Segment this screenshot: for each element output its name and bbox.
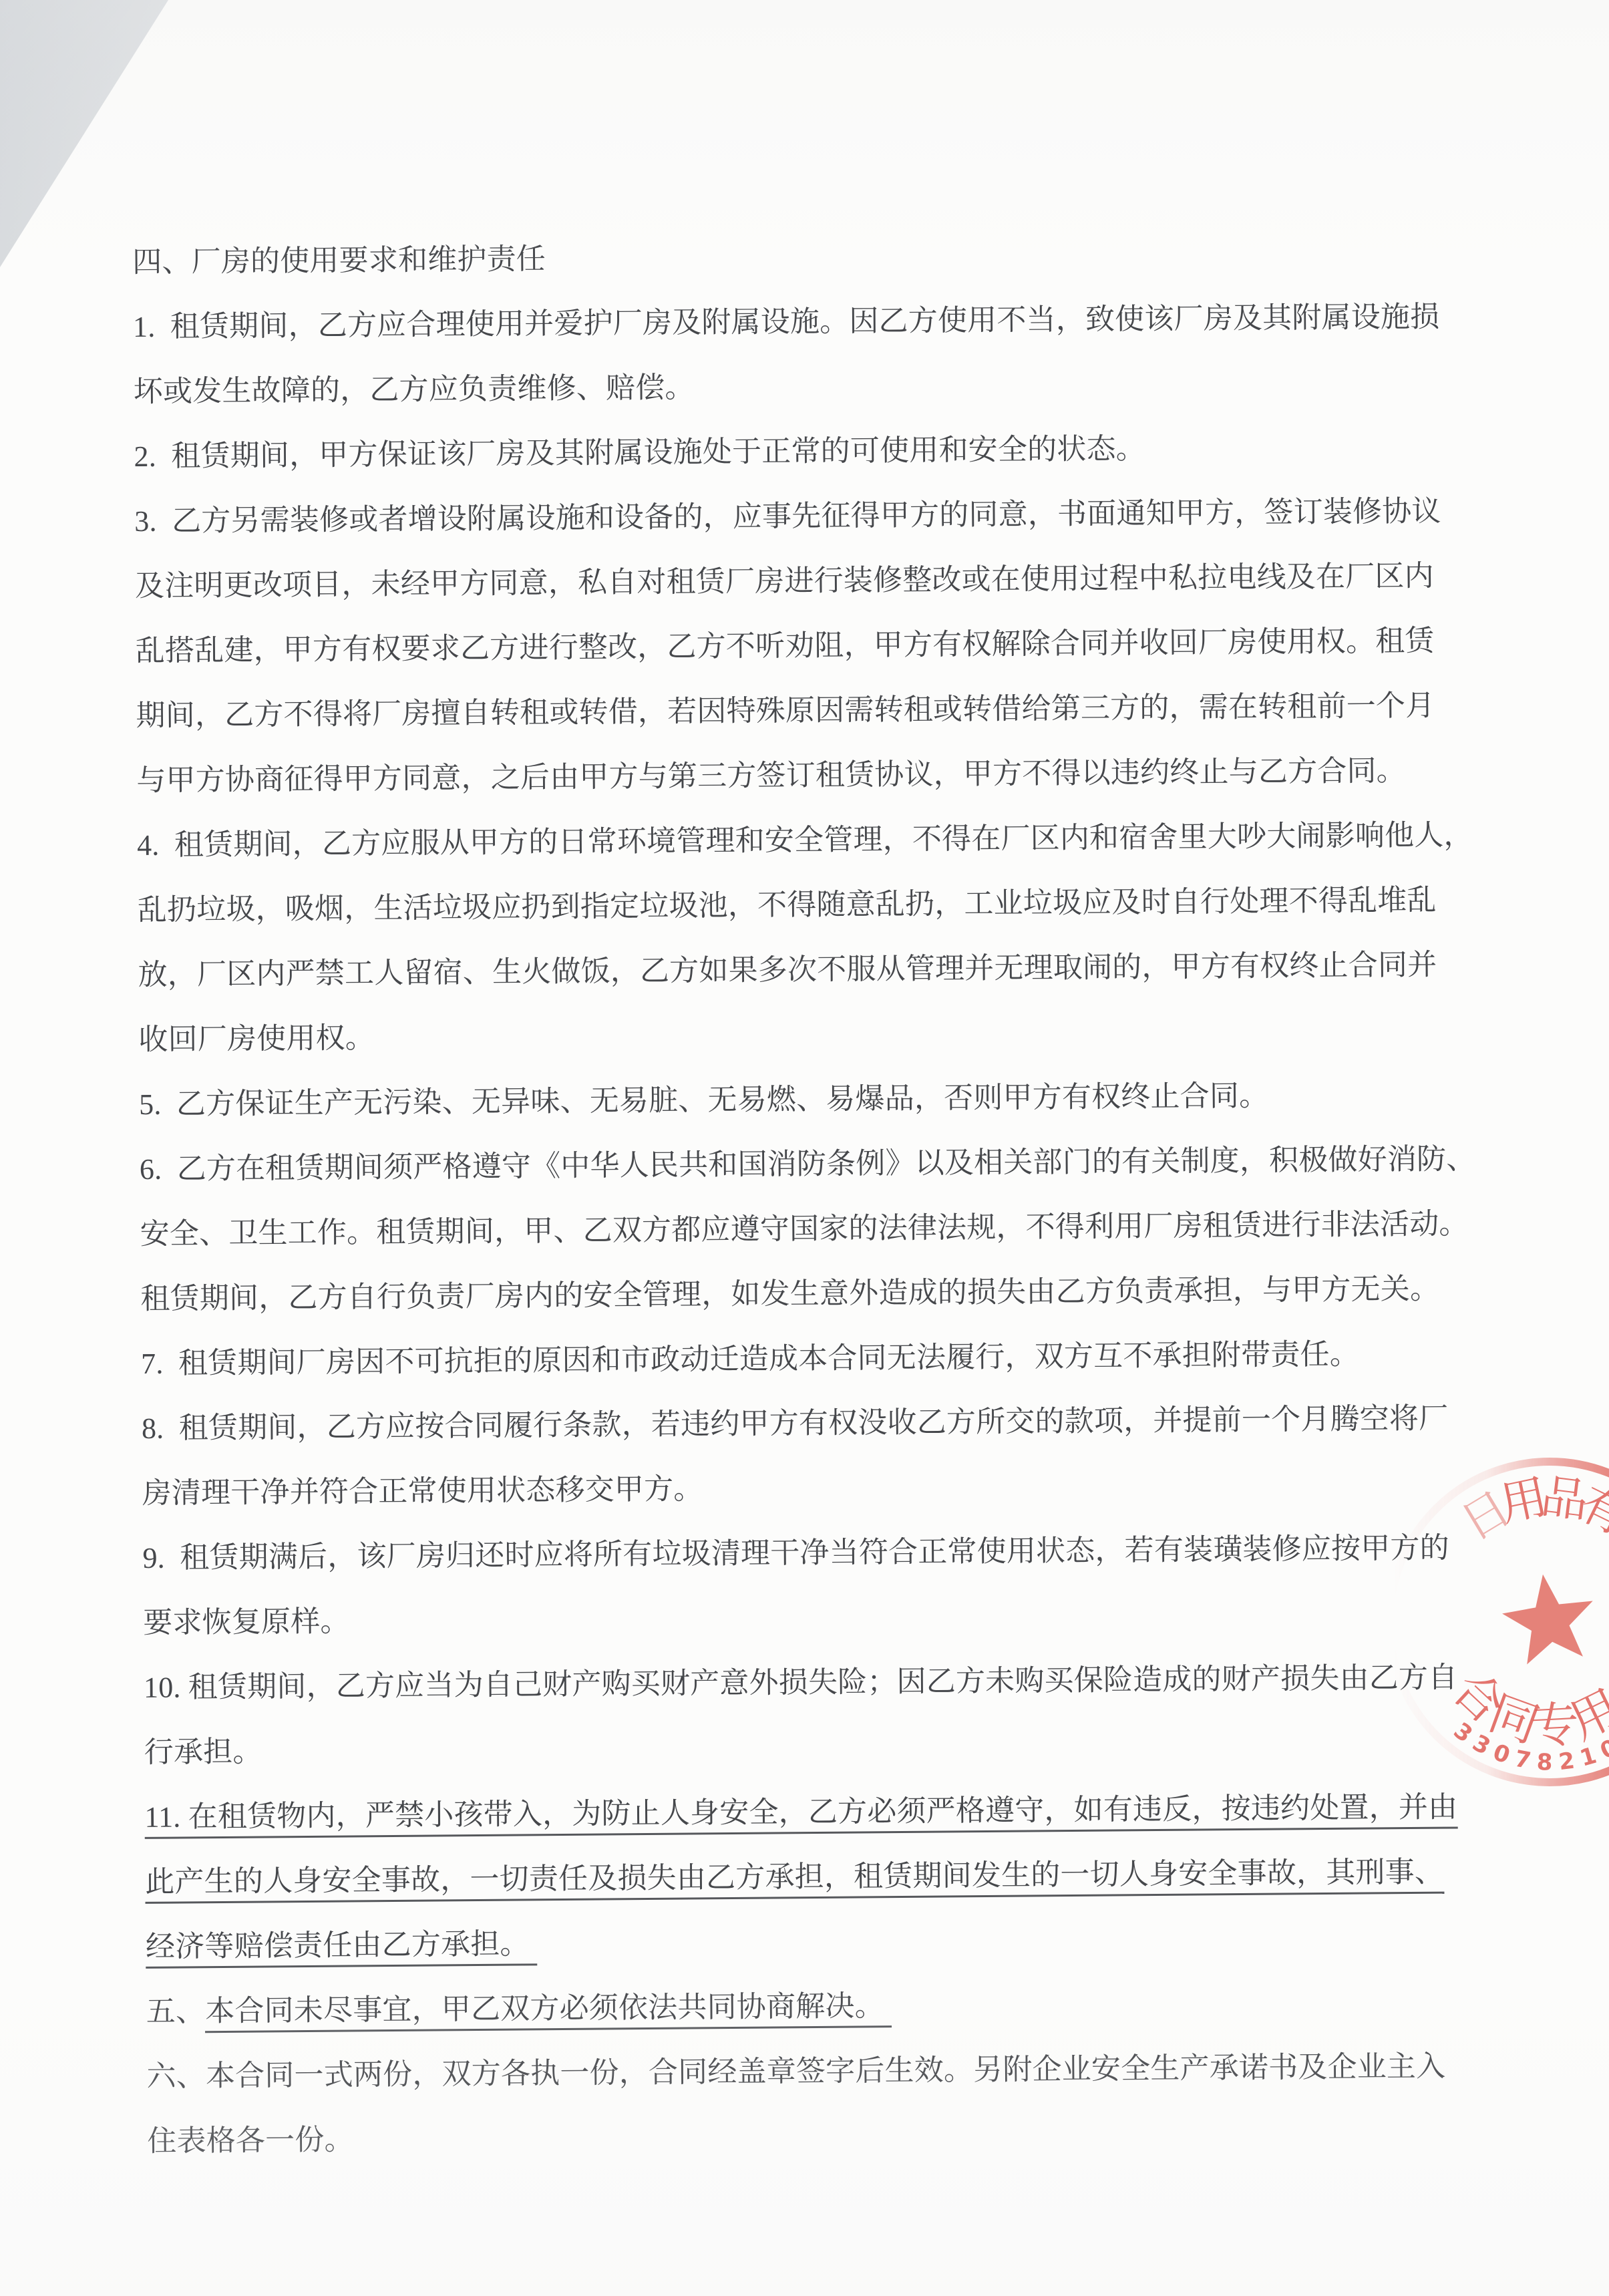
contract-line: 此产生的人身安全事故，一切责任及损失由乙方承担，租赁期间发生的一切人身安全事故，… (145, 1851, 1508, 1927)
contract-line: 要求恢复原样。 (143, 1592, 1506, 1667)
company-seal-stamp: 日用品有 合同专用 330782103 (1376, 1448, 1609, 1796)
contract-line: 1. 租赁期间，乙方应合理使用并爱护厂房及附属设施。因乙方使用不当，致使该厂房及… (133, 296, 1496, 371)
contract-line: 5. 乙方保证生产无污染、无异味、无易脏、无易燃、易爆品，否则甲方有权终止合同。 (139, 1074, 1502, 1149)
contract-line: 4. 租赁期间，乙方应服从甲方的日常环境管理和安全管理，不得在厂区内和宿舍里大吵… (137, 814, 1500, 890)
contract-line: 6. 乙方在租赁期间须严格遵守《中华人民共和国消防条例》以及相关部门的有关制度，… (140, 1138, 1503, 1214)
svg-text:7: 7 (1512, 1746, 1533, 1775)
page-corner-fold (0, 0, 174, 274)
contract-line: 四、厂房的使用要求和维护责任 (132, 231, 1495, 307)
contract-line: 收回厂房使用权。 (138, 1009, 1501, 1084)
contract-line: 经济等赔偿责任由乙方承担。 (146, 1916, 1509, 1991)
contract-line: 租赁期间，乙方自行负责厂房内的安全管理，如发生意外造成的损失由乙方负责承担，与甲… (140, 1268, 1503, 1343)
seal-bottom-arc-text: 合同专用 (1443, 1662, 1609, 1754)
contract-line: 放，厂区内严禁工人留宿、生火做饭，乙方如果多次不服从管理并无理取闹的，甲方有权终… (138, 944, 1501, 1019)
contract-text: 四、厂房的使用要求和维护责任1. 租赁期间，乙方应合理使用并爱护厂房及附属设施。… (132, 231, 1510, 2186)
contract-line: 7. 租赁期间厂房因不可抗拒的原因和市政动迁造成本合同无法履行，双方互不承担附带… (141, 1333, 1504, 1408)
contract-line: 9. 租赁期满后，该厂房归还时应将所有垃圾清理干净当符合正常使用状态，若有装璜装… (142, 1527, 1505, 1603)
contract-line: 乱搭乱建，甲方有权要求乙方进行整改，乙方不听劝阻，甲方有权解除合同并收回厂房使用… (136, 620, 1499, 695)
contract-line: 房清理干净并符合正常使用状态移交甲方。 (142, 1462, 1505, 1538)
star-icon (1497, 1568, 1600, 1667)
contract-line: 五、本合同未尽事宜，甲乙双方必须依法共同协商解决。 (146, 1981, 1509, 2056)
contract-page: 四、厂房的使用要求和维护责任1. 租赁期间，乙方应合理使用并爱护厂房及附属设施。… (0, 0, 1609, 2296)
contract-line: 行承担。 (144, 1721, 1507, 1797)
contract-line: 8. 租赁期间，乙方应按合同履行条款，若违约甲方有权没收乙方所交的款项，并提前一… (142, 1398, 1505, 1473)
contract-line: 坏或发生故障的，乙方应负责维修、赔偿。 (134, 361, 1497, 436)
contract-line: 及注明更改项目，未经甲方同意，私自对租赁厂房进行装修整改或在使用过程中私拉电线及… (135, 555, 1498, 631)
svg-text:2: 2 (1557, 1748, 1576, 1776)
contract-line: 与甲方协商征得甲方同意，之后由甲方与第三方签订租赁协议，甲方不得以违约终止与乙方… (136, 750, 1499, 825)
svg-text:1: 1 (1577, 1742, 1600, 1772)
contract-line: 10. 租赁期间，乙方应当为自己财产购买财产意外损失险；因乙方未购买保险造成的财… (144, 1657, 1507, 1732)
contract-line: 乱扔垃圾，吸烟，生活垃圾应扔到指定垃圾池，不得随意乱扔，工业垃圾应及时自行处理不… (138, 879, 1501, 955)
contract-line: 期间，乙方不得将厂房擅自转租或转借，若因特殊原因需转租或转借给第三方的，需在转租… (136, 685, 1499, 760)
svg-text:0: 0 (1489, 1739, 1513, 1770)
contract-line: 六、本合同一式两份，双方各执一份，合同经盖章签字后生效。另附企业安全生产承诺书及… (146, 2045, 1509, 2121)
contract-line: 11. 在租赁物内，严禁小孩带入，为防止人身安全，乙方必须严格遵守，如有违反，按… (144, 1786, 1507, 1862)
contract-line: 住表格各一份。 (147, 2110, 1510, 2186)
contract-line: 2. 租赁期间，甲方保证该厂房及其附属设施处于正常的可使用和安全的状态。 (134, 426, 1497, 501)
svg-text:8: 8 (1536, 1749, 1553, 1776)
contract-line: 3. 乙方另需装修或者增设附属设施和设备的，应事先征得甲方的同意，书面通知甲方，… (134, 490, 1497, 566)
contract-line: 安全、卫生工作。租赁期间，甲、乙双方都应遵守国家的法律法规，不得利用厂房租赁进行… (140, 1203, 1503, 1279)
